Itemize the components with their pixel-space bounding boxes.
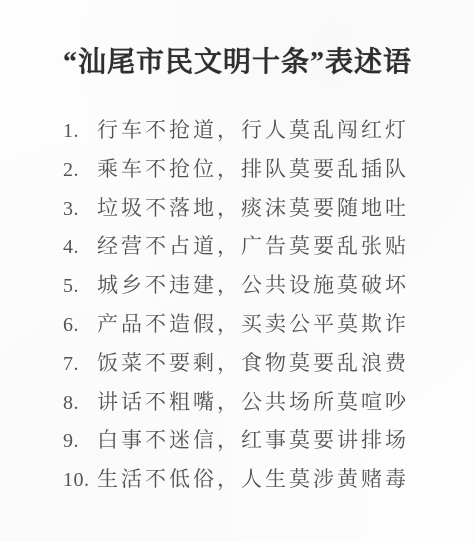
page-title: “汕尾市民文明十条”表述语	[0, 40, 475, 80]
item-number: 5.	[63, 275, 97, 298]
list-item: 9. 白事不迷信，红事莫要讲排场	[63, 424, 455, 452]
item-number: 3.	[63, 198, 97, 221]
item-text: 生活不低俗，人生莫涉黄赌毒	[97, 463, 409, 493]
rule-list: 1. 行车不抢道，行人莫乱闯红灯 2. 乘车不抢位，排队莫要乱插队 3. 垃圾不…	[63, 114, 455, 502]
item-text: 经营不占道，广告莫要乱张贴	[97, 230, 409, 260]
list-item: 1. 行车不抢道，行人莫乱闯红灯	[63, 114, 455, 142]
item-number: 9.	[63, 430, 97, 453]
item-text: 讲话不粗嘴，公共场所莫喧吵	[97, 386, 409, 416]
item-text: 城乡不违建，公共设施莫破坏	[97, 269, 409, 299]
item-text: 饭菜不要剩，食物莫要乱浪费	[97, 347, 409, 377]
list-item: 5. 城乡不违建，公共设施莫破坏	[63, 269, 455, 297]
item-number: 2.	[63, 159, 97, 182]
list-item: 8. 讲话不粗嘴，公共场所莫喧吵	[63, 386, 455, 414]
item-number: 8.	[63, 392, 97, 415]
list-item: 4. 经营不占道，广告莫要乱张贴	[63, 230, 455, 258]
item-number: 4.	[63, 236, 97, 259]
item-number: 7.	[63, 353, 97, 376]
item-text: 白事不迷信，红事莫要讲排场	[97, 424, 409, 454]
list-item: 2. 乘车不抢位，排队莫要乱插队	[63, 153, 455, 181]
list-item: 6. 产品不造假，买卖公平莫欺诈	[63, 308, 455, 336]
item-text: 行车不抢道，行人莫乱闯红灯	[97, 114, 409, 144]
document-page: “汕尾市民文明十条”表述语 1. 行车不抢道，行人莫乱闯红灯 2. 乘车不抢位，…	[0, 0, 475, 542]
item-number: 1.	[63, 120, 97, 143]
item-text: 垃圾不落地，痰沫莫要随地吐	[97, 192, 409, 222]
item-text: 产品不造假，买卖公平莫欺诈	[97, 308, 409, 338]
item-number: 10.	[63, 469, 97, 492]
item-text: 乘车不抢位，排队莫要乱插队	[97, 153, 409, 183]
list-item: 10. 生活不低俗，人生莫涉黄赌毒	[63, 463, 455, 491]
list-item: 3. 垃圾不落地，痰沫莫要随地吐	[63, 192, 455, 220]
item-number: 6.	[63, 314, 97, 337]
list-item: 7. 饭菜不要剩，食物莫要乱浪费	[63, 347, 455, 375]
